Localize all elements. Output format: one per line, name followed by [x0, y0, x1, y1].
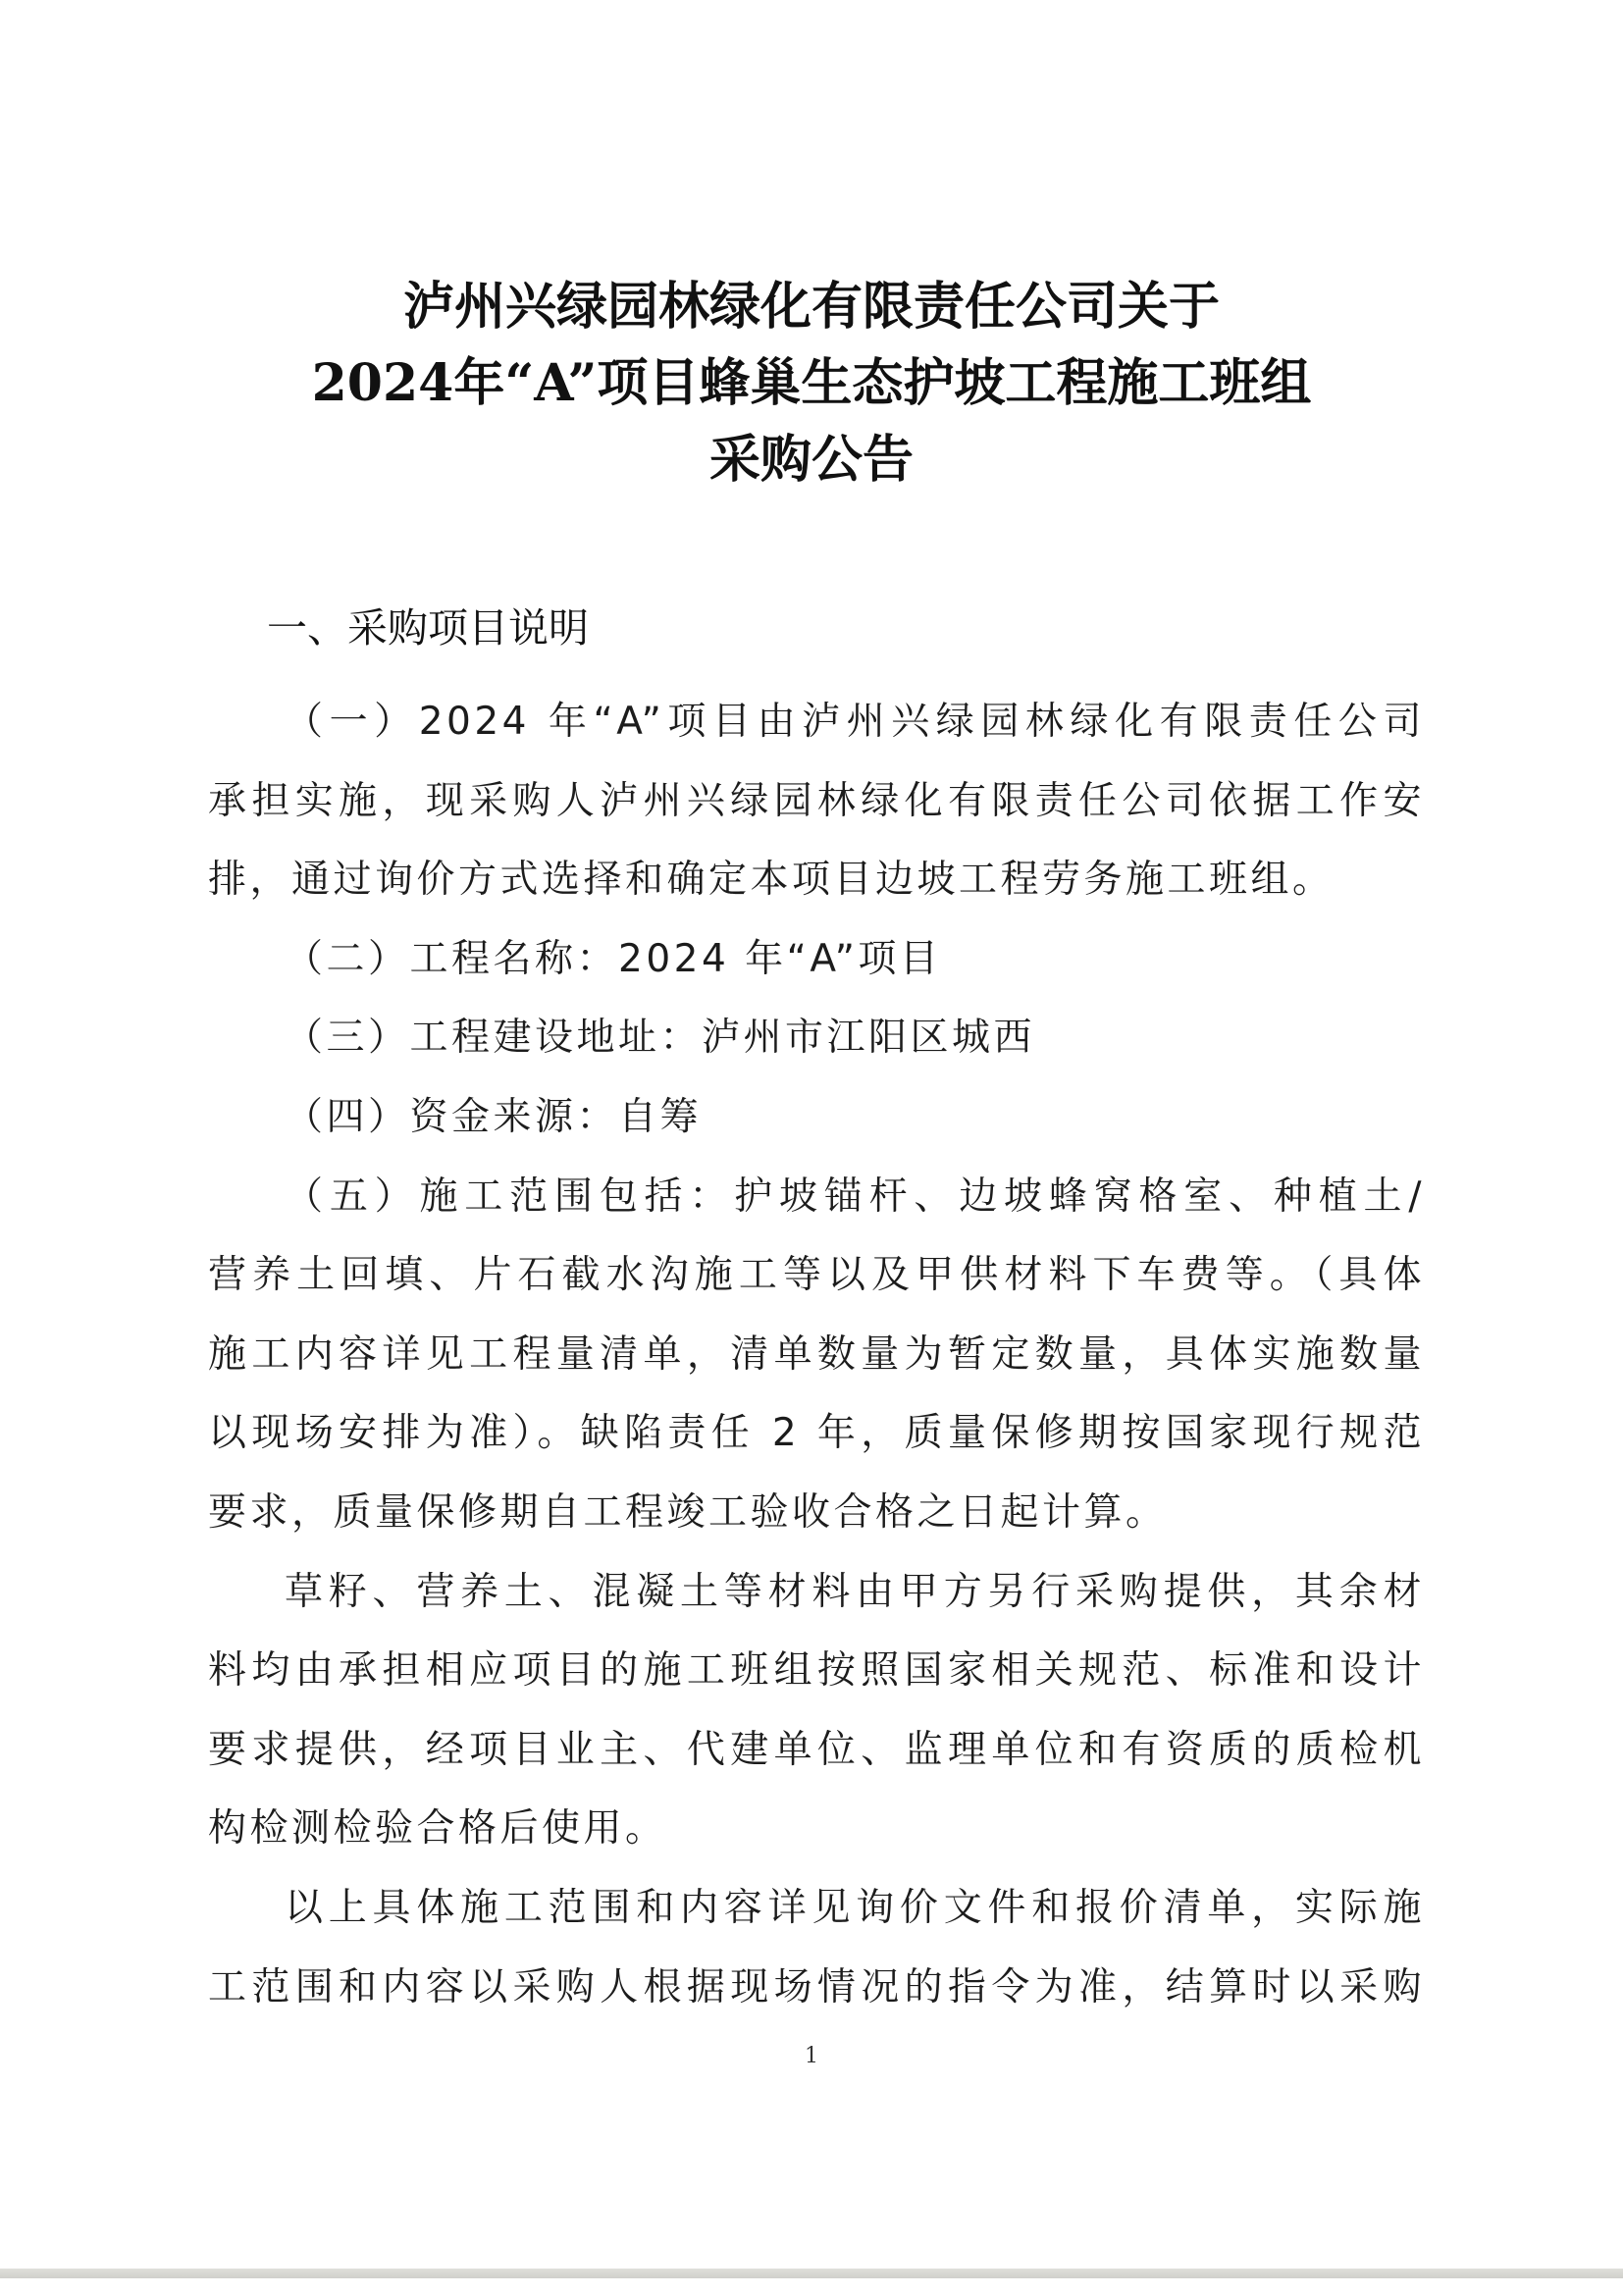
document-title: 泸州兴绿园林绿化有限责任公司关于 2024年“A”项目蜂巢生态护坡工程施工班组 …	[0, 269, 1623, 498]
paragraph-line: 要求，质量保修期自工程竣工验收合格之日起计算。	[208, 1474, 1425, 1553]
paragraph-line: （三）工程建设地址：泸州市江阳区城西	[208, 999, 1425, 1078]
paragraph-line: 排，通过询价方式选择和确定本项目边坡工程劳务施工班组。	[208, 841, 1425, 920]
page-number: 1	[0, 2044, 1623, 2068]
paragraph-line: 以现场安排为准）。缺陷责任 2 年，质量保修期按国家现行规范	[208, 1394, 1425, 1474]
paragraph-line: （一）2024 年“A”项目由泸州兴绿园林绿化有限责任公司	[208, 683, 1425, 762]
paragraph-line: 构检测检验合格后使用。	[208, 1790, 1425, 1869]
paragraph-line: 承担实施，现采购人泸州兴绿园林绿化有限责任公司依据工作安	[208, 762, 1425, 842]
document-body: （一）2024 年“A”项目由泸州兴绿园林绿化有限责任公司 承担实施，现采购人泸…	[208, 683, 1425, 2027]
paragraph-line: 以上具体施工范围和内容详见询价文件和报价清单，实际施	[208, 1869, 1425, 1949]
paragraph-line: （五）施工范围包括：护坡锚杆、边坡蜂窝格室、种植土/	[208, 1158, 1425, 1237]
title-line-2: 2024年“A”项目蜂巢生态护坡工程施工班组	[0, 345, 1623, 422]
paragraph-line: 施工内容详见工程量清单，清单数量为暂定数量，具体实施数量	[208, 1316, 1425, 1395]
paragraph-line: 料均由承担相应项目的施工班组按照国家相关规范、标准和设计	[208, 1632, 1425, 1711]
title-line-1: 泸州兴绿园林绿化有限责任公司关于	[0, 269, 1623, 345]
paragraph-line: 营养土回填、片石截水沟施工等以及甲供材料下车费等。（具体	[208, 1236, 1425, 1316]
section-heading: 一、采购项目说明	[267, 602, 589, 653]
paragraph-line: （二）工程名称：2024 年“A”项目	[208, 920, 1425, 1000]
scan-edge	[0, 2269, 1623, 2278]
paragraph-line: 草籽、营养土、混凝土等材料由甲方另行采购提供，其余材	[208, 1553, 1425, 1633]
paragraph-line: （四）资金来源：自筹	[208, 1078, 1425, 1158]
paragraph-line: 要求提供，经项目业主、代建单位、监理单位和有资质的质检机	[208, 1711, 1425, 1791]
document-page: 泸州兴绿园林绿化有限责任公司关于 2024年“A”项目蜂巢生态护坡工程施工班组 …	[0, 0, 1623, 2296]
paragraph-line: 工范围和内容以采购人根据现场情况的指令为准，结算时以采购	[208, 1949, 1425, 2028]
title-line-3: 采购公告	[0, 422, 1623, 498]
